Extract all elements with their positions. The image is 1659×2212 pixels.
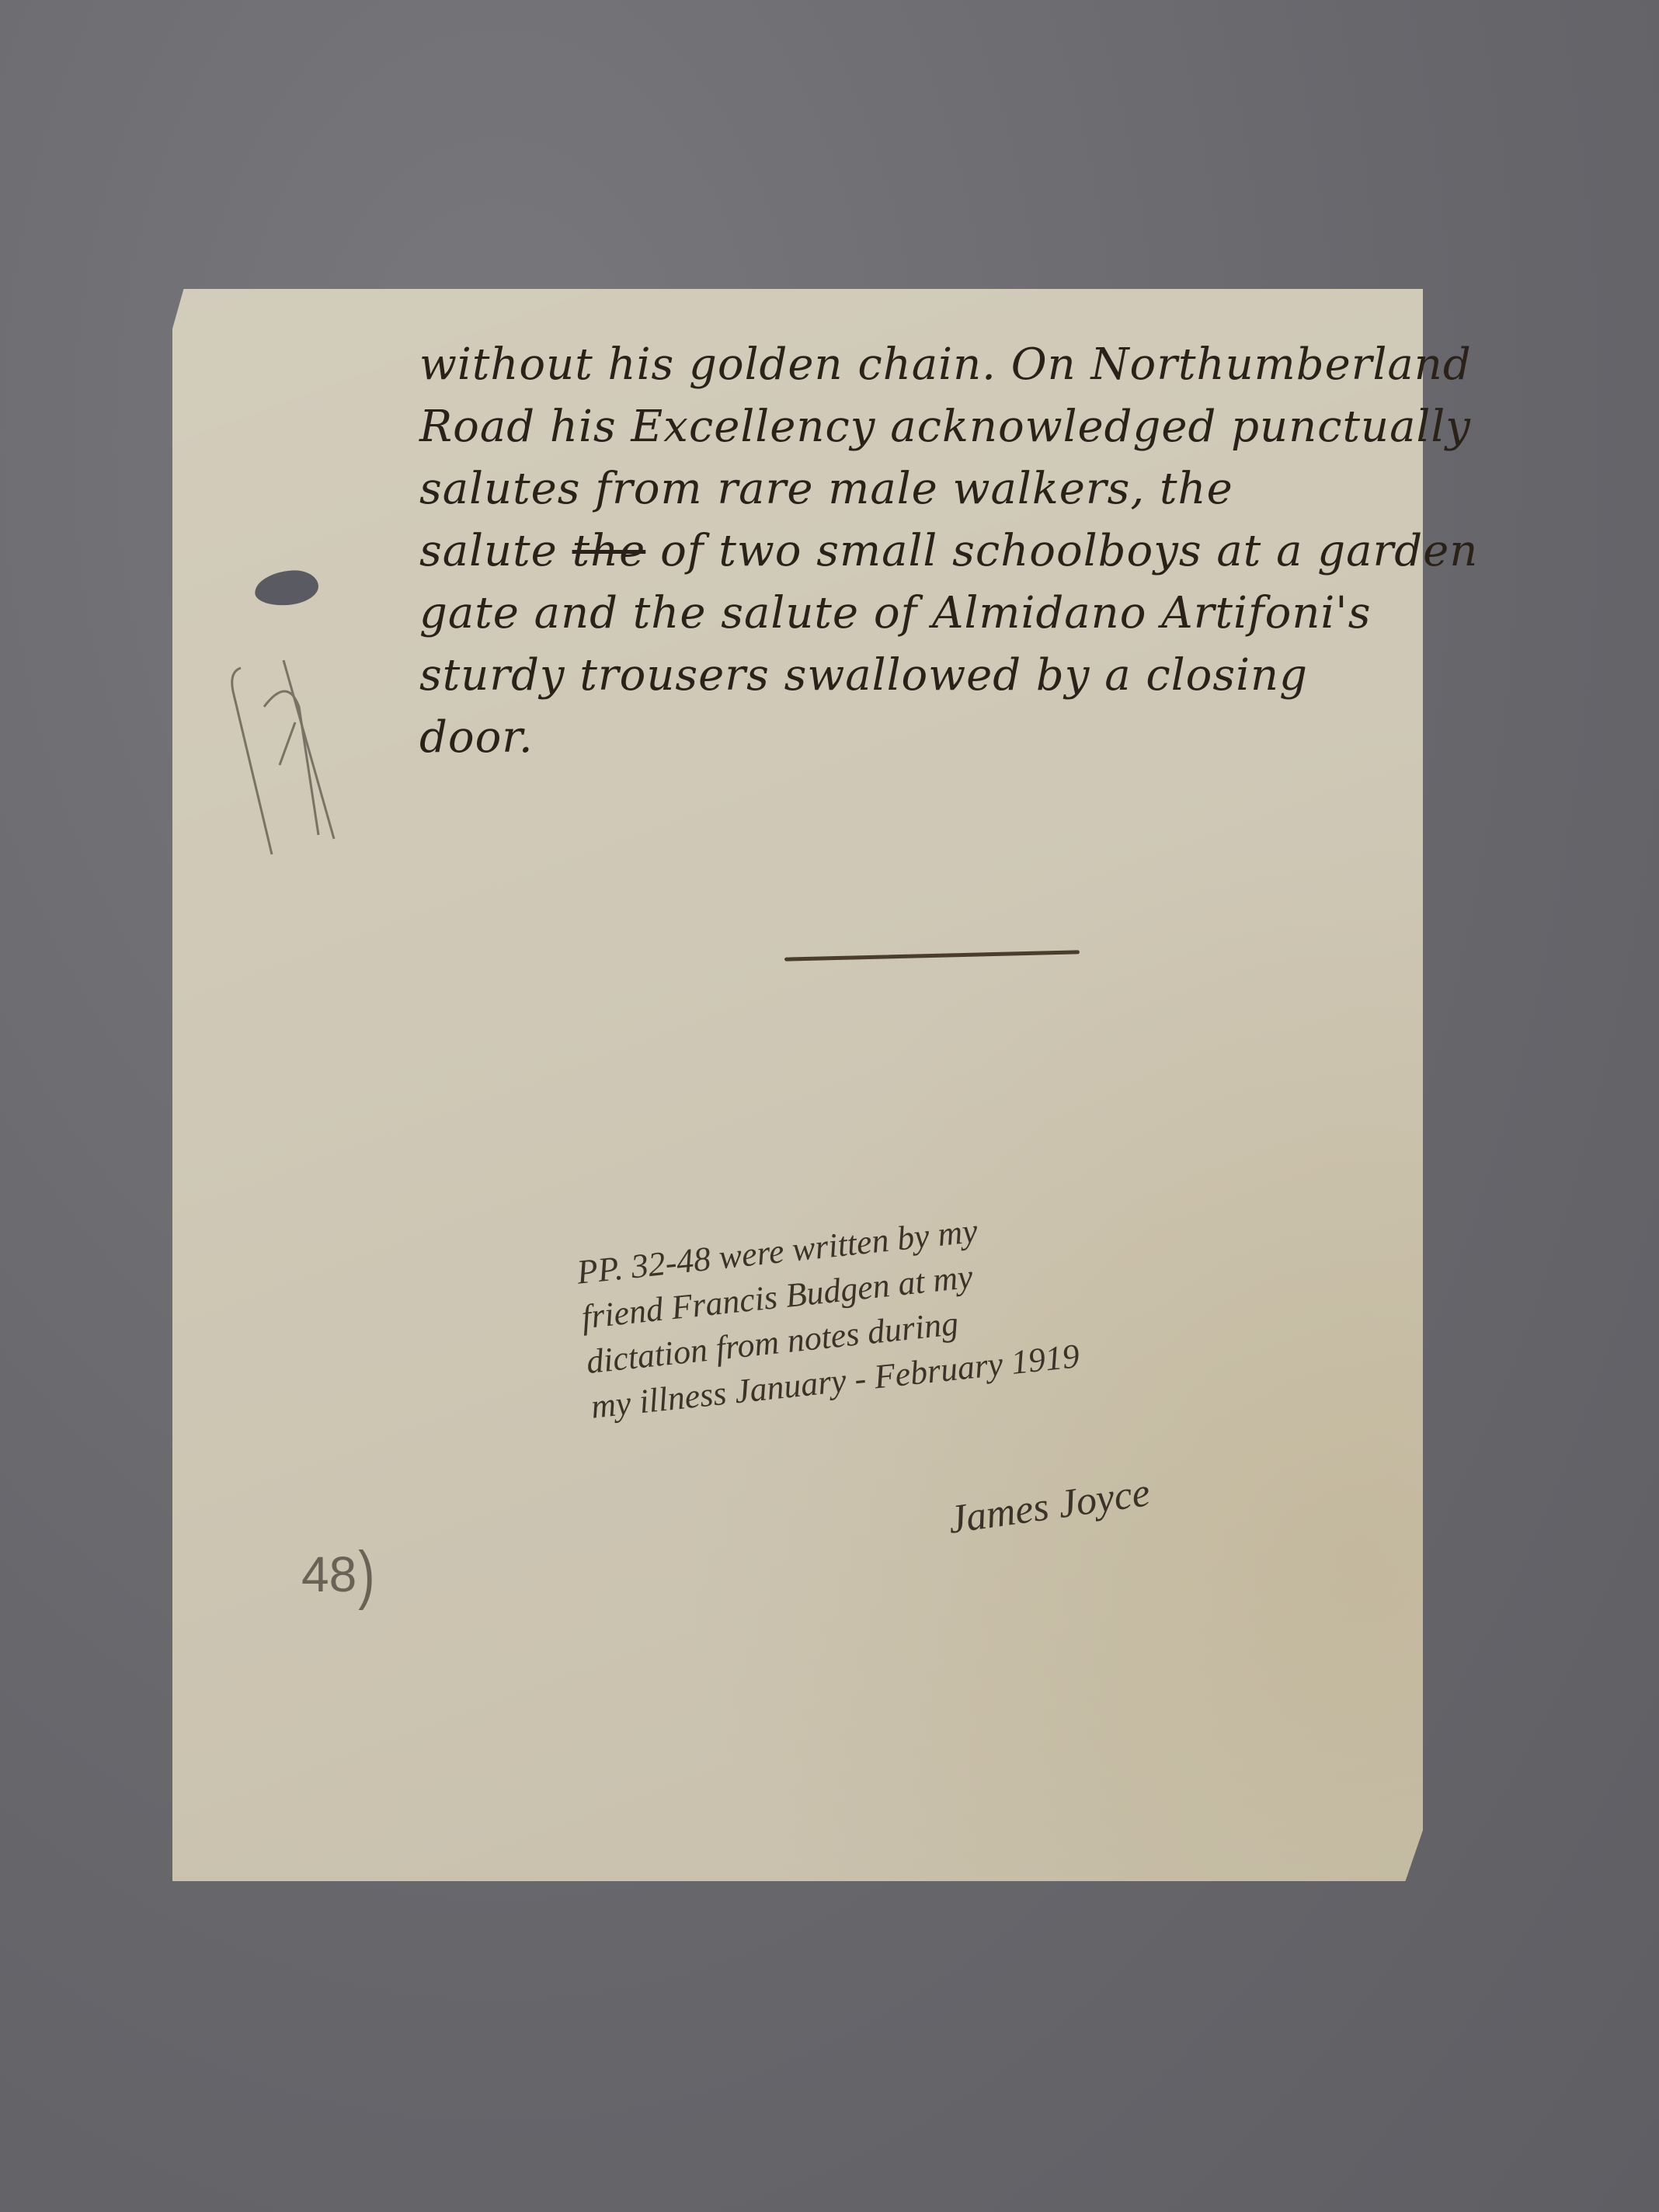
text-line-4-rest: of two small schoolboys at a garden <box>660 526 1478 576</box>
text-line-1: without his golden chain. On Northumberl… <box>419 334 1429 396</box>
folio-number: 48) <box>301 1546 375 1603</box>
text-line-3: salutes from rare male walkers, the <box>419 458 1429 520</box>
text-line-6: sturdy trousers swallowed by a closing <box>419 645 1429 707</box>
text-line-7: door. <box>419 707 1429 769</box>
folio-paren: ) <box>358 1537 374 1612</box>
manuscript-text: without his golden chain. On Northumberl… <box>419 334 1429 769</box>
folio-number-value: 48 <box>301 1546 356 1602</box>
struck-word: the <box>572 526 646 576</box>
text-salute: salute <box>419 526 558 576</box>
pencil-mark-17 <box>225 660 350 862</box>
text-line-4: salute the of two small schoolboys at a … <box>419 520 1429 583</box>
text-line-2: Road his Excellency acknowledged punctua… <box>419 396 1429 458</box>
text-line-5: gate and the salute of Almidano Artifoni… <box>419 583 1429 645</box>
